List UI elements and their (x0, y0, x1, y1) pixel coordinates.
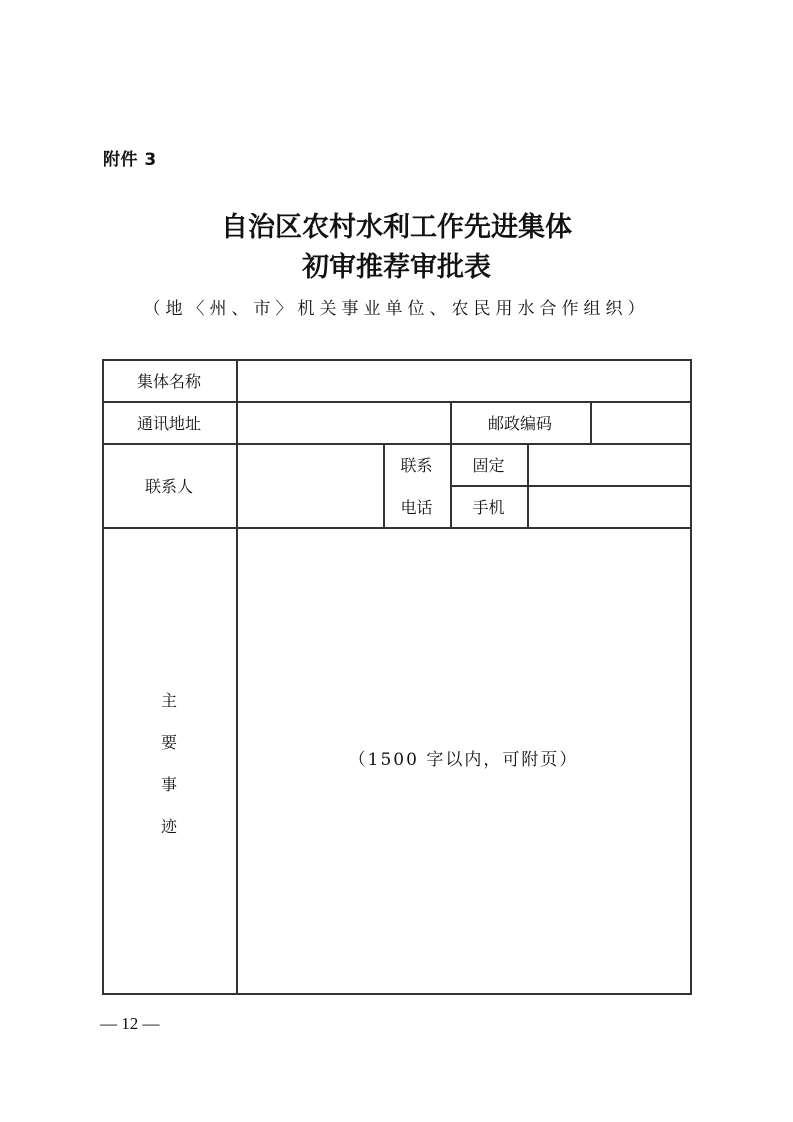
page-title-line1: 自治区农村水利工作先进集体 (0, 208, 793, 248)
landline-label: 固定 (450, 443, 527, 485)
contact-person-field[interactable] (238, 445, 383, 528)
page-number: — 12 — (100, 1014, 160, 1034)
main-deeds-label-char: 主 (102, 688, 236, 711)
postal-code-label: 邮政编码 (450, 401, 590, 443)
page-subtitle: （地〈州、市〉机关事业单位、农民用水合作组织） (0, 294, 793, 319)
main-deeds-hint: （1500 字以内，可附页） (236, 745, 691, 770)
main-deeds-label-char: 事 (102, 772, 236, 795)
postal-code-field[interactable] (592, 403, 690, 443)
address-label: 通讯地址 (102, 401, 236, 443)
collective-name-field[interactable] (238, 361, 690, 401)
main-deeds-label-char: 要 (102, 730, 236, 753)
table-border-bottom (102, 993, 692, 995)
main-deeds-label-char: 迹 (102, 814, 236, 837)
contact-person-label: 联系人 (102, 443, 236, 528)
page-title-line2: 初审推荐审批表 (0, 248, 793, 288)
landline-field[interactable] (529, 445, 690, 485)
mobile-field[interactable] (529, 487, 690, 527)
attachment-label: 附件 3 (103, 145, 157, 170)
mobile-label: 手机 (450, 485, 527, 527)
contact-phone-label-line2: 电话 (383, 485, 450, 527)
collective-name-label: 集体名称 (102, 359, 236, 401)
address-field[interactable] (238, 403, 450, 443)
table-border-right (690, 359, 692, 994)
contact-phone-label-line1: 联系 (383, 443, 450, 485)
